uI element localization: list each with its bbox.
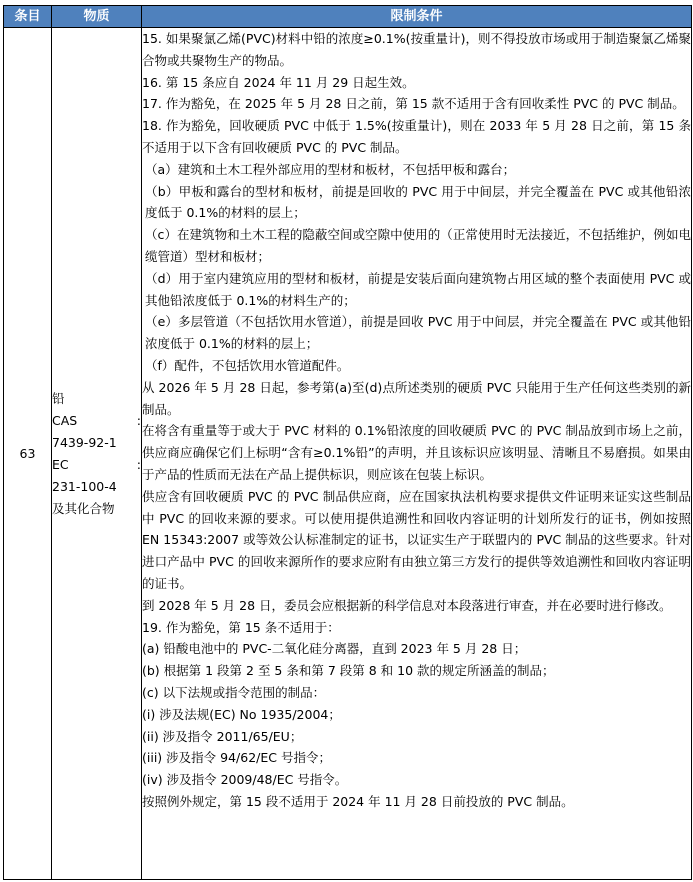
ec-separator: : — [137, 454, 141, 476]
cas-number: 7439-92-1 — [52, 432, 141, 454]
substance-suffix: 及其化合物 — [52, 498, 141, 520]
header-substance: 物质 — [52, 6, 142, 28]
header-conditions: 限制条件 — [142, 6, 692, 28]
condition-18-e: （e）多层管道（不包括饮用水管道），前提是回收 PVC 用于中间层，并完全覆盖在… — [142, 311, 691, 355]
substance-cell: 铅 CAS : 7439-92-1 EC : 231-100-4 及其化合物 — [52, 28, 142, 880]
condition-19-c-iv: (iv) 涉及指令 2009/48/EC 号指令。 — [142, 769, 691, 791]
condition-labeling: 在将含有重量等于或大于 PVC 材料的 0.1%铅浓度的回收硬质 PVC 的 P… — [142, 420, 691, 485]
condition-19-c-iii: (iii) 涉及指令 94/62/EC 号指令； — [142, 747, 691, 769]
cas-separator: : — [137, 410, 141, 432]
conditions-cell: 15. 如果聚氯乙烯(PVC)材料中铅的浓度≥0.1%(按重量计)，则不得投放市… — [142, 28, 692, 880]
condition-18-b: （b）甲板和露台的型材和板材，前提是回收的 PVC 用于中间层，并完全覆盖在 P… — [142, 181, 691, 225]
condition-2026-note: 从 2026 年 5 月 28 日起，参考第(a)至(d)点所述类别的硬质 PV… — [142, 377, 691, 421]
substance-name: 铅 — [52, 388, 141, 410]
condition-19-c-i: (i) 涉及法规(EC) No 1935/2004； — [142, 704, 691, 726]
condition-review: 到 2028 年 5 月 28 日，委员会应根据新的科学信息对本段落进行审查，并… — [142, 595, 691, 617]
header-entry: 条目 — [4, 6, 52, 28]
condition-19-a: (a) 铅酸电池中的 PVC-二氧化硅分离器，直到 2023 年 5 月 28 … — [142, 638, 691, 660]
ec-label: EC — [52, 454, 69, 476]
table-header-row: 条目 物质 限制条件 — [4, 6, 692, 28]
condition-19-c-ii: (ii) 涉及指令 2011/65/EU； — [142, 726, 691, 748]
ec-number: 231-100-4 — [52, 476, 141, 498]
restriction-table: 条目 物质 限制条件 63 铅 CAS : 7439-92-1 EC : 231… — [3, 5, 692, 880]
condition-19-b: (b) 根据第 1 段第 2 至 5 条和第 7 段第 8 和 10 款的规定所… — [142, 660, 691, 682]
condition-17: 17. 作为豁免，在 2025 年 5 月 28 日之前，第 15 款不适用于含… — [142, 93, 691, 115]
ec-label-row: EC : — [52, 454, 141, 476]
condition-18-d: （d）用于室内建筑应用的型材和板材，前提是安装后面向建筑物占用区域的整个表面使用… — [142, 268, 691, 312]
condition-documentation: 供应含有回收硬质 PVC 的 PVC 制品供应商，应在国家执法机构要求提供文件证… — [142, 486, 691, 595]
condition-19: 19. 作为豁免，第 15 条不适用于： — [142, 617, 691, 639]
condition-15: 15. 如果聚氯乙烯(PVC)材料中铅的浓度≥0.1%(按重量计)，则不得投放市… — [142, 28, 691, 72]
condition-18-a: （a）建筑和土木工程外部应用的型材和板材，不包括甲板和露台； — [142, 159, 691, 181]
condition-18-c: （c）在建筑物和土木工程的隐蔽空间或空隙中使用的（正常使用时无法接近，不包括维护… — [142, 224, 691, 268]
condition-exception: 按照例外规定，第 15 段不适用于 2024 年 11 月 28 日前投放的 P… — [142, 791, 691, 813]
cas-label-row: CAS : — [52, 410, 141, 432]
condition-18: 18. 作为豁免，回收硬质 PVC 中低于 1.5%(按重量计)，则在 2033… — [142, 115, 691, 159]
table-row: 63 铅 CAS : 7439-92-1 EC : 231-100-4 及其化合… — [4, 28, 692, 880]
cas-label: CAS — [52, 410, 77, 432]
entry-number: 63 — [4, 28, 52, 880]
condition-19-c: (c) 以下法规或指令范围的制品： — [142, 682, 691, 704]
condition-16: 16. 第 15 条应自 2024 年 11 月 29 日起生效。 — [142, 72, 691, 94]
condition-18-f: （f）配件，不包括饮用水管道配件。 — [142, 355, 691, 377]
